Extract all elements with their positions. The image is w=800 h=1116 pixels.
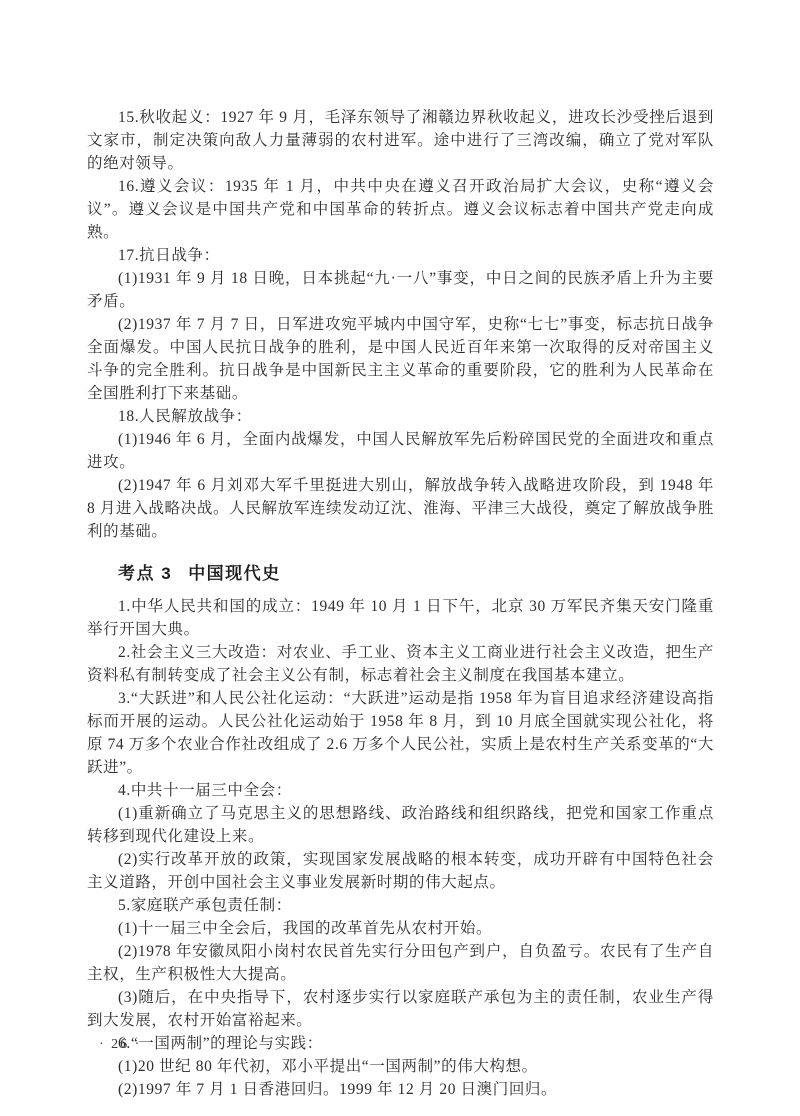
page-number: · 26 ·	[99, 1037, 141, 1052]
paragraph-anti-japanese-war-1: (1)1931 年 9 月 18 日晚，日本挑起“九·一八”事变，中日之间的民族…	[87, 267, 714, 313]
paragraph-one-country-two-systems-1: (1)20 世纪 80 年代初，邓小平提出“一国两制”的伟大构想。	[87, 1055, 714, 1078]
paragraph-autumn-harvest-uprising: 15.秋收起义：1927 年 9 月，毛泽东领导了湘赣边界秋收起义，进攻长沙受挫…	[87, 106, 714, 175]
paragraph-third-plenary-title: 4.中共十一届三中全会：	[87, 779, 714, 802]
paragraph-third-plenary-1: (1)重新确立了马克思主义的思想路线、政治路线和组织路线，把党和国家工作重点转移…	[87, 802, 714, 848]
section-contemporary-history: 1.中华人民共和国的成立：1949 年 10 月 1 日下午，北京 30 万军民…	[87, 595, 714, 1101]
paragraph-one-country-two-systems-2: (2)1997 年 7 月 1 日香港回归。1999 年 12 月 20 日澳门…	[87, 1078, 714, 1101]
paragraph-anti-japanese-war-2: (2)1937 年 7 月 7 日，日军进攻宛平城内中国守军，史称“七七”事变，…	[87, 313, 714, 405]
section-heading-kaodian-3: 考点 3中国现代史	[118, 562, 714, 586]
paragraph-anti-japanese-war-title: 17.抗日战争：	[87, 244, 714, 267]
paragraph-prc-founding: 1.中华人民共和国的成立：1949 年 10 月 1 日下午，北京 30 万军民…	[87, 595, 714, 641]
section-review-points-continued: 15.秋收起义：1927 年 9 月，毛泽东领导了湘赣边界秋收起义，进攻长沙受挫…	[87, 106, 714, 543]
paragraph-liberation-war-title: 18.人民解放战争：	[87, 405, 714, 428]
paragraph-household-responsibility-3: (3)随后，在中央指导下，农村逐步实行以家庭联产承包为主的责任制，农业生产得到大…	[87, 986, 714, 1032]
book-page: 15.秋收起义：1927 年 9 月，毛泽东领导了湘赣边界秋收起义，进攻长沙受挫…	[0, 0, 800, 1116]
paragraph-household-responsibility-title: 5.家庭联产承包责任制：	[87, 894, 714, 917]
paragraph-household-responsibility-1: (1)十一届三中全会后，我国的改革首先从农村开始。	[87, 917, 714, 940]
paragraph-third-plenary-2: (2)实行改革开放的政策，实现国家发展战略的根本转变，成功开辟有中国特色社会主义…	[87, 848, 714, 894]
paragraph-one-country-two-systems-title: 6.“一国两制”的理论与实践：	[87, 1032, 714, 1055]
page-footer: · 26 ·	[99, 1036, 141, 1054]
paragraph-household-responsibility-2: (2)1978 年安徽凤阳小岗村农民首先实行分田包产到户，自负盈亏。农民有了生产…	[87, 940, 714, 986]
section-heading-label: 考点 3	[118, 564, 172, 583]
paragraph-liberation-war-1: (1)1946 年 6 月，全面内战爆发，中国人民解放军先后粉碎国民党的全面进攻…	[87, 428, 714, 474]
section-heading-title: 中国现代史	[188, 564, 281, 583]
paragraph-great-leap-forward: 3.“大跃进”和人民公社化运动：“大跃进”运动是指 1958 年为盲目追求经济建…	[87, 687, 714, 779]
paragraph-three-transformations: 2.社会主义三大改造：对农业、手工业、资本主义工商业进行社会主义改造，把生产资料…	[87, 641, 714, 687]
paragraph-zunyi-conference: 16.遵义会议：1935 年 1 月，中共中央在遵义召开政治局扩大会议，史称“遵…	[87, 175, 714, 244]
page-content: 15.秋收起义：1927 年 9 月，毛泽东领导了湘赣边界秋收起义，进攻长沙受挫…	[87, 106, 714, 1101]
paragraph-liberation-war-2: (2)1947 年 6 月刘邓大军千里挺进大别山，解放战争转入战略进攻阶段，到 …	[87, 474, 714, 543]
